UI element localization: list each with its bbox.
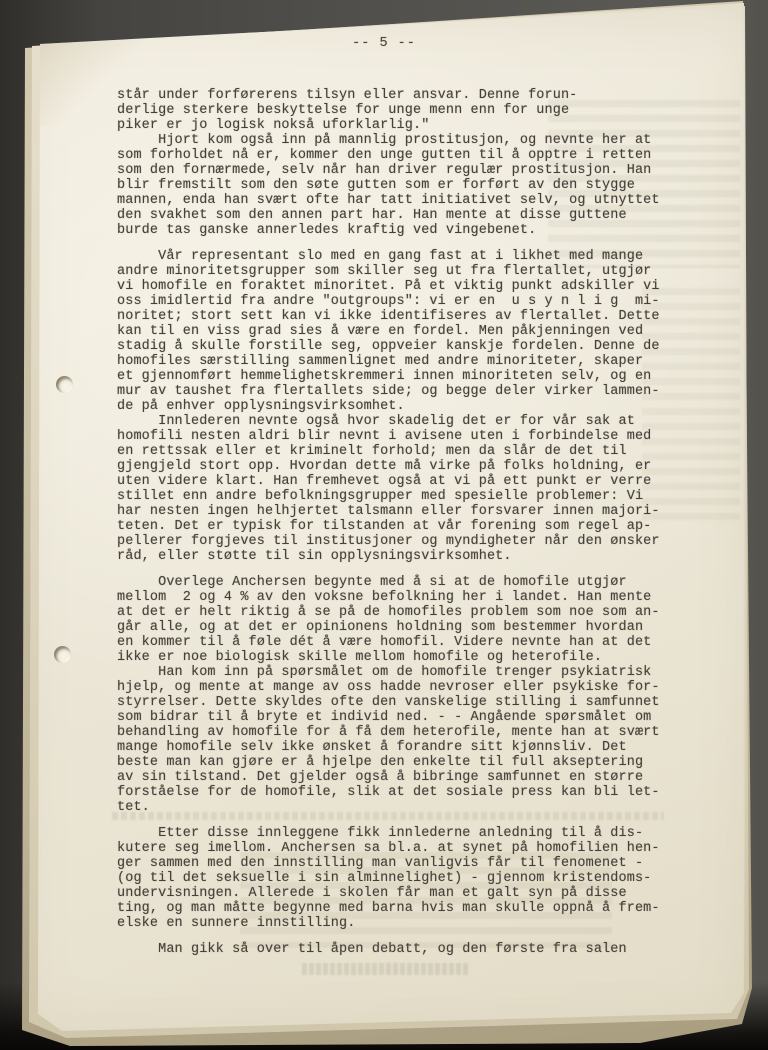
punch-hole: [54, 646, 71, 663]
paragraph: Innlederen nevnte også hvor skadelig det…: [117, 414, 682, 564]
paragraph: Vår representant slo med en gang fast at…: [117, 249, 682, 414]
bleed-through-ghost: [302, 963, 470, 975]
paragraph: Etter disse innleggene fikk innlederne a…: [117, 826, 682, 931]
scanned-document-view: -- 5 -- står under forførerens tilsyn el…: [0, 0, 768, 1050]
paragraph: Overlege Anchersen begynte med å si at d…: [117, 575, 682, 665]
typewritten-text: står under forførerens tilsyn eller ansv…: [117, 88, 682, 957]
document-page: -- 5 -- står under forførerens tilsyn el…: [0, 0, 768, 1050]
punch-hole: [56, 376, 73, 393]
paragraph: Han kom inn på spørsmålet om de homofile…: [117, 665, 682, 815]
paragraph: Hjort kom også inn på mannlig prostitusj…: [117, 133, 682, 238]
paragraph: står under forførerens tilsyn eller ansv…: [117, 88, 682, 133]
page-number: -- 5 --: [0, 36, 768, 51]
paragraph: Man gikk så over til åpen debatt, og den…: [117, 942, 682, 957]
